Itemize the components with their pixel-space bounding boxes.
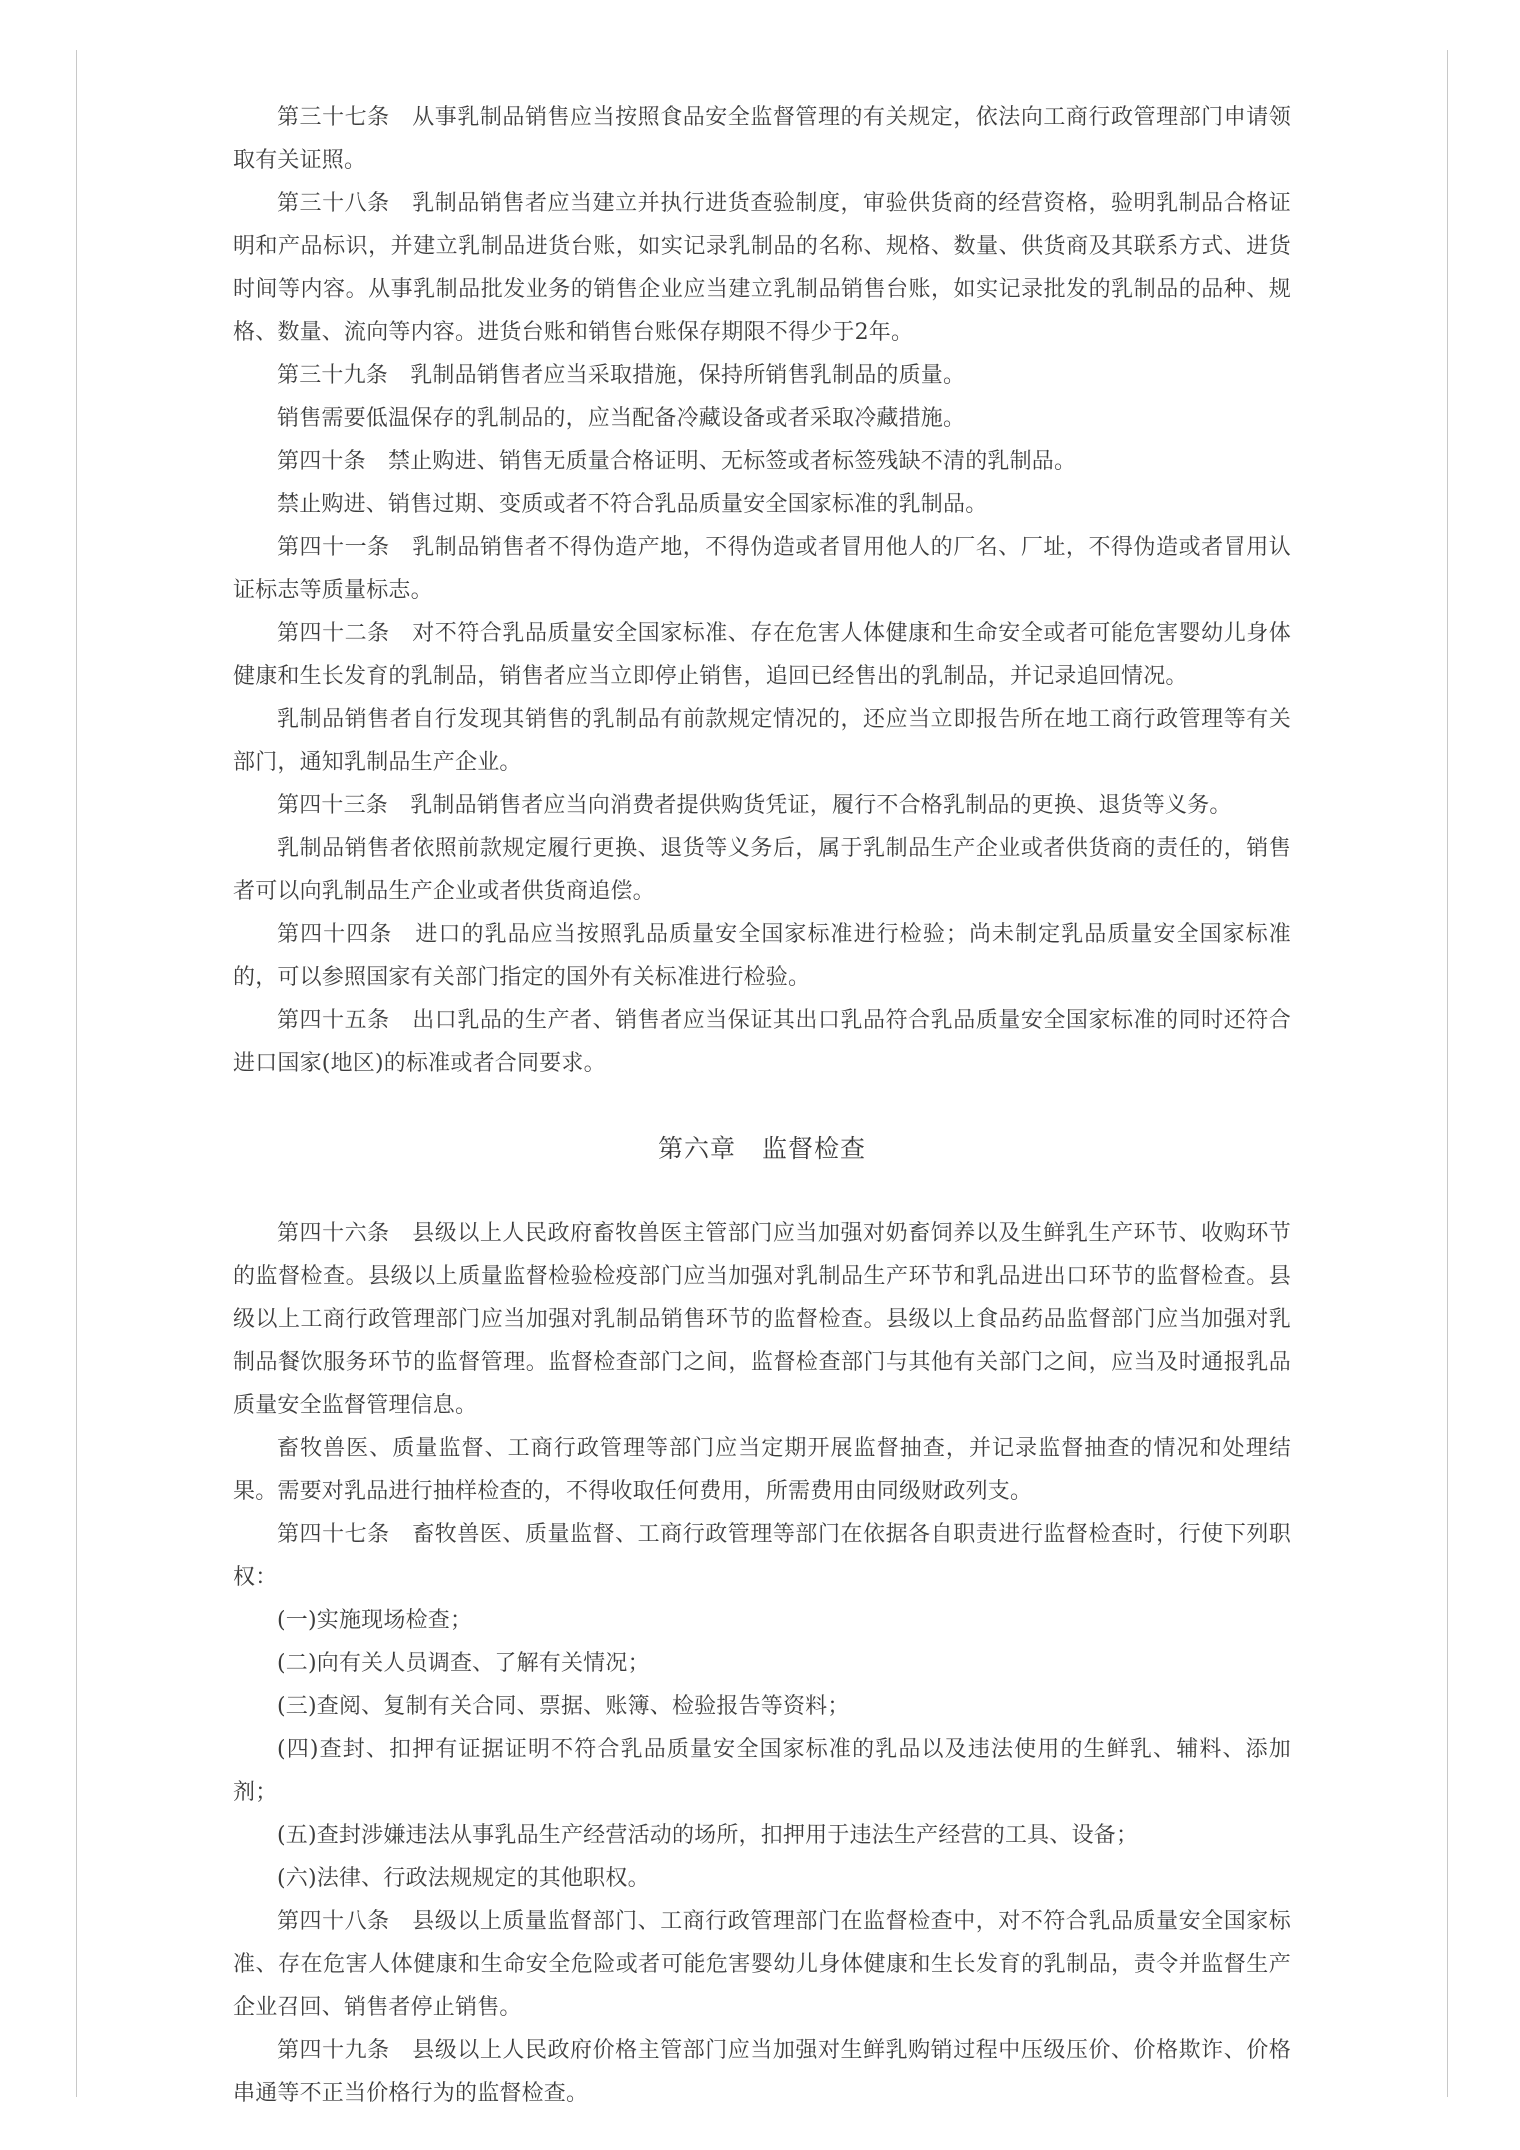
body-paragraph: 乳制品销售者自行发现其销售的乳制品有前款规定情况的，还应当立即报告所在地工商行政… xyxy=(233,698,1291,784)
body-paragraph: 禁止购进、销售过期、变质或者不符合乳品质量安全国家标准的乳制品。 xyxy=(233,483,1291,526)
list-item-paragraph: (一)实施现场检查； xyxy=(233,1599,1291,1642)
article-paragraph: 第四十八条 县级以上质量监督部门、工商行政管理部门在监督检查中，对不符合乳品质量… xyxy=(233,1900,1291,2029)
article-paragraph: 第四十条 禁止购进、销售无质量合格证明、无标签或者标签残缺不清的乳制品。 xyxy=(233,440,1291,483)
article-paragraph: 第四十七条 畜牧兽医、质量监督、工商行政管理等部门在依据各自职责进行监督检查时，… xyxy=(233,1513,1291,1599)
chapter-heading: 第六章 监督检查 xyxy=(233,1127,1291,1170)
list-item-paragraph: (二)向有关人员调查、了解有关情况； xyxy=(233,1642,1291,1685)
article-paragraph: 第四十四条 进口的乳品应当按照乳品质量安全国家标准进行检验；尚未制定乳品质量安全… xyxy=(233,913,1291,999)
article-paragraph: 第四十六条 县级以上人民政府畜牧兽医主管部门应当加强对奶畜饲养以及生鲜乳生产环节… xyxy=(233,1212,1291,1427)
article-paragraph: 第四十九条 县级以上人民政府价格主管部门应当加强对生鲜乳购销过程中压级压价、价格… xyxy=(233,2029,1291,2115)
document-body: 第三十七条 从事乳制品销售应当按照食品安全监督管理的有关规定，依法向工商行政管理… xyxy=(233,96,1291,2115)
article-paragraph: 第三十九条 乳制品销售者应当采取措施，保持所销售乳制品的质量。 xyxy=(233,354,1291,397)
article-paragraph: 第四十二条 对不符合乳品质量安全国家标准、存在危害人体健康和生命安全或者可能危害… xyxy=(233,612,1291,698)
body-paragraph: 乳制品销售者依照前款规定履行更换、退货等义务后，属于乳制品生产企业或者供货商的责… xyxy=(233,827,1291,913)
article-paragraph: 第四十五条 出口乳品的生产者、销售者应当保证其出口乳品符合乳品质量安全国家标准的… xyxy=(233,999,1291,1085)
document-page: 第三十七条 从事乳制品销售应当按照食品安全监督管理的有关规定，依法向工商行政管理… xyxy=(76,50,1448,2097)
article-paragraph: 第三十七条 从事乳制品销售应当按照食品安全监督管理的有关规定，依法向工商行政管理… xyxy=(233,96,1291,182)
list-item-paragraph: (六)法律、行政法规规定的其他职权。 xyxy=(233,1857,1291,1900)
article-paragraph: 第四十一条 乳制品销售者不得伪造产地，不得伪造或者冒用他人的厂名、厂址，不得伪造… xyxy=(233,526,1291,612)
list-item-paragraph: (三)查阅、复制有关合同、票据、账簿、检验报告等资料； xyxy=(233,1685,1291,1728)
article-paragraph: 第四十三条 乳制品销售者应当向消费者提供购货凭证，履行不合格乳制品的更换、退货等… xyxy=(233,784,1291,827)
list-item-paragraph: (五)查封涉嫌违法从事乳品生产经营活动的场所，扣押用于违法生产经营的工具、设备； xyxy=(233,1814,1291,1857)
article-paragraph: 第三十八条 乳制品销售者应当建立并执行进货查验制度，审验供货商的经营资格，验明乳… xyxy=(233,182,1291,354)
body-paragraph: 畜牧兽医、质量监督、工商行政管理等部门应当定期开展监督抽查，并记录监督抽查的情况… xyxy=(233,1427,1291,1513)
body-paragraph: 销售需要低温保存的乳制品的，应当配备冷藏设备或者采取冷藏措施。 xyxy=(233,397,1291,440)
list-item-paragraph: (四)查封、扣押有证据证明不符合乳品质量安全国家标准的乳品以及违法使用的生鲜乳、… xyxy=(233,1728,1291,1814)
